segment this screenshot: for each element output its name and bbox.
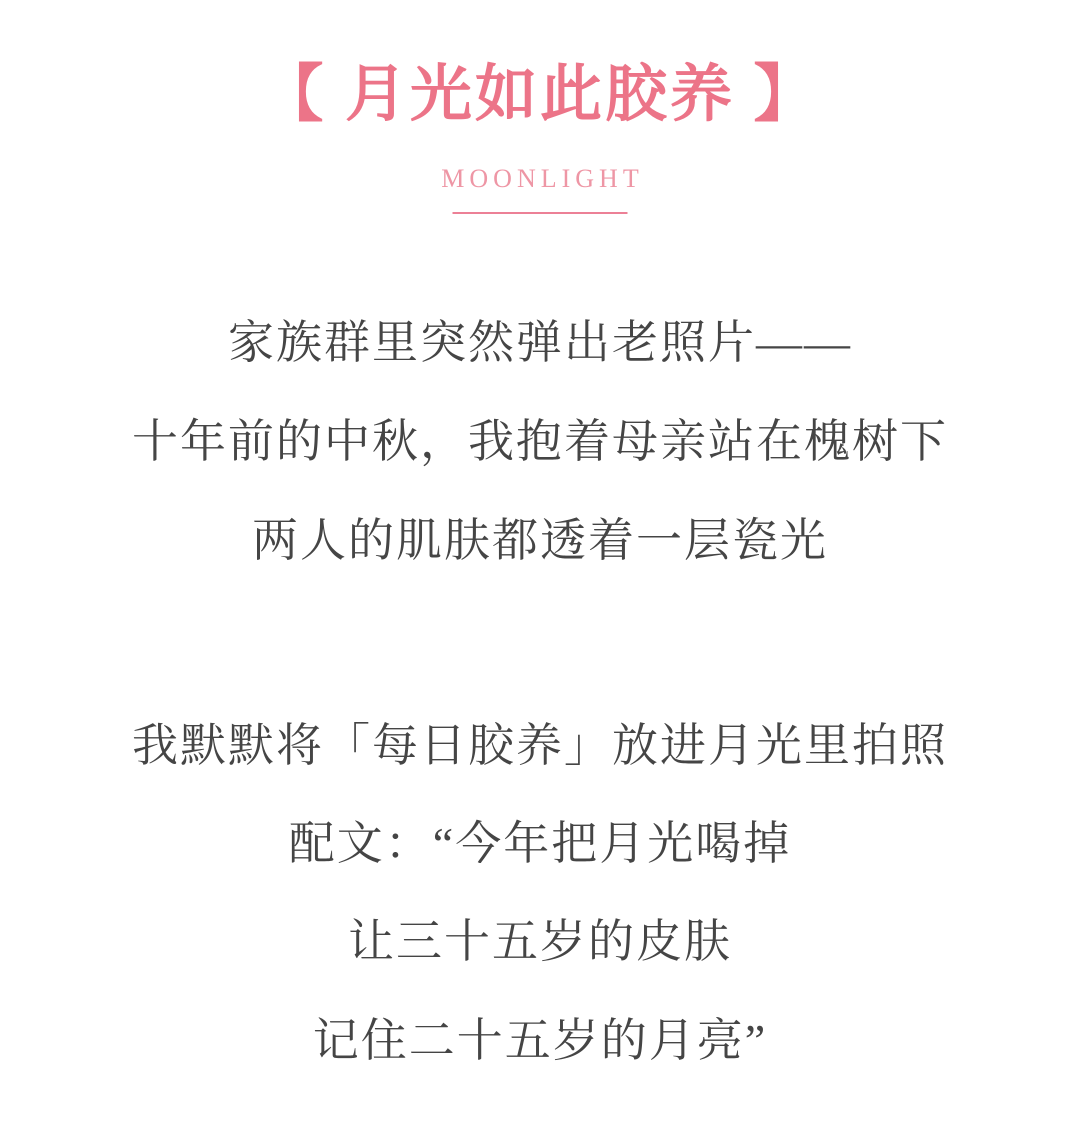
poem-line: 配文：“今年把月光喝掉 [0,819,1080,870]
poem-line: 两人的肌肤都透着一层瓷光 [0,516,1080,567]
poem-line: 家族群里突然弹出老照片—— [0,318,1080,369]
page-title: 【 月光如此胶养 】 [0,58,1080,132]
poem-line: 记住二十五岁的月亮” [0,1016,1080,1067]
poem-line: 十年前的中秋，我抱着母亲站在槐树下 [0,417,1080,468]
subtitle-underline [453,212,628,214]
page-subtitle: MOONLIGHT [0,163,1080,194]
moonlight-poster: 【 月光如此胶养 】 MOONLIGHT 家族群里突然弹出老照片—— 十年前的中… [0,0,1080,1121]
poem-line: 让三十五岁的皮肤 [0,917,1080,968]
poem-line: 我默默将「每日胶养」放进月光里拍照 [0,721,1080,772]
